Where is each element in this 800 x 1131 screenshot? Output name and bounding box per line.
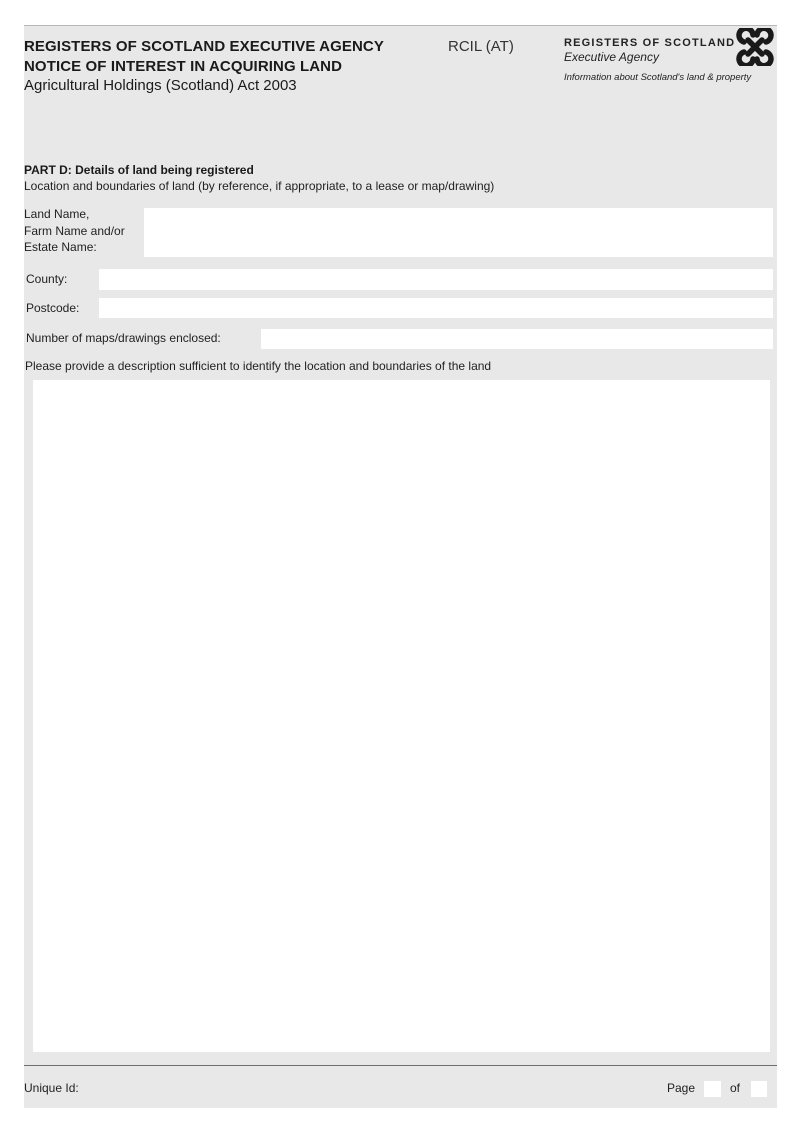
act-title: Agricultural Holdings (Scotland) Act 200…: [24, 76, 297, 96]
logo-tagline: Information about Scotland's land & prop…: [564, 72, 751, 83]
county-input[interactable]: [99, 269, 773, 290]
postcode-label: Postcode:: [26, 300, 79, 316]
land-name-label: Land Name, Farm Name and/or Estate Name:: [24, 206, 125, 256]
description-label: Please provide a description sufficient …: [25, 358, 491, 374]
page-of-label: of: [730, 1080, 740, 1096]
agency-title: REGISTERS OF SCOTLAND EXECUTIVE AGENCY: [24, 37, 384, 57]
land-name-label-line: Farm Name and/or: [24, 223, 125, 240]
land-name-input[interactable]: [144, 208, 773, 257]
maps-count-input[interactable]: [261, 329, 773, 349]
page-total-field[interactable]: [751, 1081, 767, 1097]
land-name-label-line: Estate Name:: [24, 239, 125, 256]
maps-count-label: Number of maps/drawings enclosed:: [26, 330, 221, 346]
postcode-input[interactable]: [99, 298, 773, 318]
part-title: PART D: Details of land being registered: [24, 163, 254, 177]
celtic-knot-icon: [736, 28, 774, 66]
logo-subtitle: Executive Agency: [564, 50, 659, 64]
footer-divider: [24, 1065, 777, 1066]
unique-id-label: Unique Id:: [24, 1080, 79, 1096]
logo-name: REGISTERS OF SCOTLAND: [564, 37, 735, 49]
form-code: RCIL (AT): [448, 38, 514, 55]
page-label: Page: [667, 1080, 695, 1096]
logo: REGISTERS OF SCOTLAND Executive Agency I…: [563, 28, 775, 88]
notice-title: NOTICE OF INTEREST IN ACQUIRING LAND: [24, 57, 342, 77]
page-current-field[interactable]: [704, 1081, 721, 1097]
description-textarea[interactable]: [33, 380, 770, 1052]
land-name-label-line: Land Name,: [24, 206, 125, 223]
county-label: County:: [26, 271, 67, 287]
part-subtitle: Location and boundaries of land (by refe…: [24, 178, 494, 194]
